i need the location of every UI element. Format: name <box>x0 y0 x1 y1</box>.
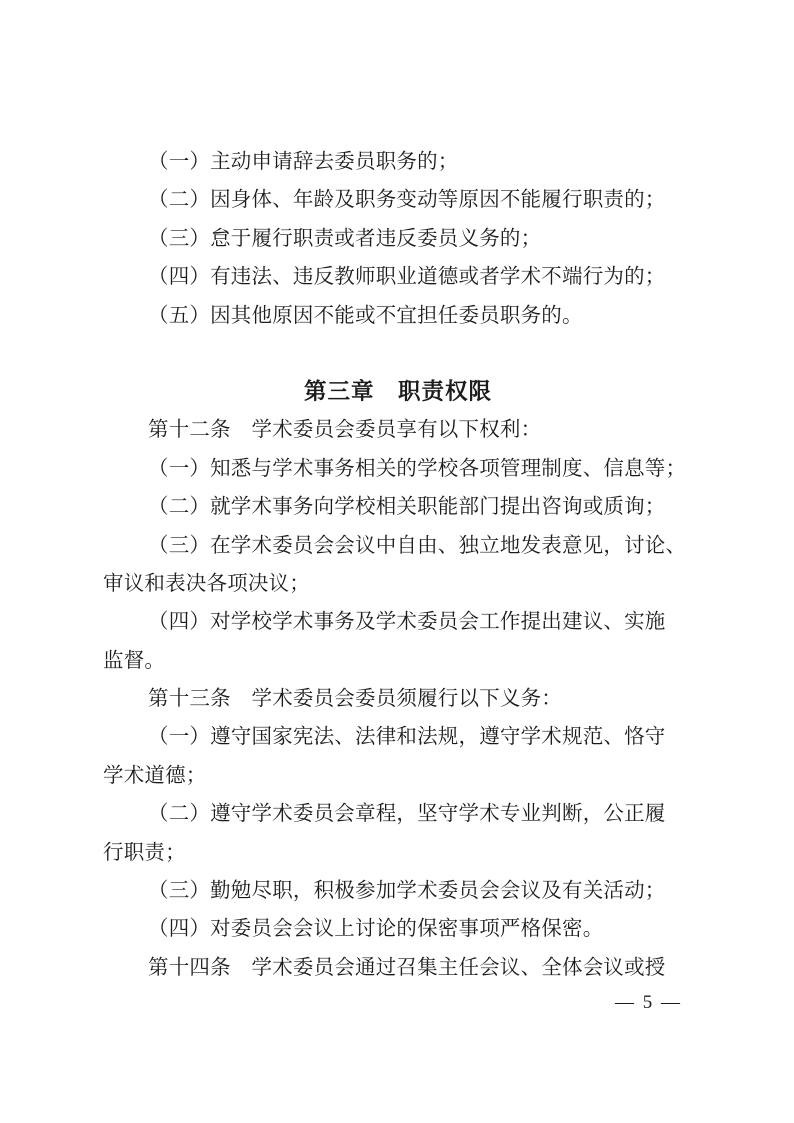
clause-line: （一）遵守国家宪法、法律和法规，遵守学术规范、恪守 <box>103 718 693 756</box>
clause-continuation-line: 监督。 <box>103 642 693 680</box>
clause-continuation-line: 学术道德； <box>103 757 693 795</box>
clause-continuation-line: 审议和表决各项决议； <box>103 565 693 603</box>
clause-line: （三）在学术委员会会议中自由、独立地发表意见，讨论、 <box>103 527 693 565</box>
clause-line: （四）对委员会会议上讨论的保密事项严格保密。 <box>103 910 693 948</box>
clause-line: （二）遵守学术委员会章程，坚守学术专业判断，公正履 <box>103 795 693 833</box>
clause-line: （三）勤勉尽职，积极参加学术委员会会议及有关活动； <box>103 872 693 910</box>
clause-line: （一）知悉与学术事务相关的学校各项管理制度、信息等； <box>103 450 693 488</box>
page-number: — 5 — <box>615 991 682 1015</box>
clause-line: （三）怠于履行职责或者违反委员义务的； <box>103 220 693 258</box>
clause-line: （二）就学术事务向学校相关职能部门提出咨询或质询； <box>103 488 693 526</box>
clause-line: （五）因其他原因不能或不宜担任委员职务的。 <box>103 297 693 335</box>
document-page: （一）主动申请辞去委员职务的； （二）因身体、年龄及职务变动等原因不能履行职责的… <box>0 0 794 1123</box>
article-line: 第十二条 学术委员会委员享有以下权利： <box>103 411 693 449</box>
clause-line: （四）对学校学术事务及学术委员会工作提出建议、实施 <box>103 603 693 641</box>
document-body: （一）主动申请辞去委员职务的； （二）因身体、年龄及职务变动等原因不能履行职责的… <box>103 143 693 987</box>
clause-line: （一）主动申请辞去委员职务的； <box>103 143 693 181</box>
clause-line: （四）有违法、违反教师职业道德或者学术不端行为的； <box>103 258 693 296</box>
clause-continuation-line: 行职责； <box>103 834 693 872</box>
article-line: 第十四条 学术委员会通过召集主任会议、全体会议或授 <box>103 949 693 987</box>
article-line: 第十三条 学术委员会委员须履行以下义务： <box>103 680 693 718</box>
clause-line: （二）因身体、年龄及职务变动等原因不能履行职责的； <box>103 181 693 219</box>
chapter-heading: 第三章 职责权限 <box>103 373 693 411</box>
